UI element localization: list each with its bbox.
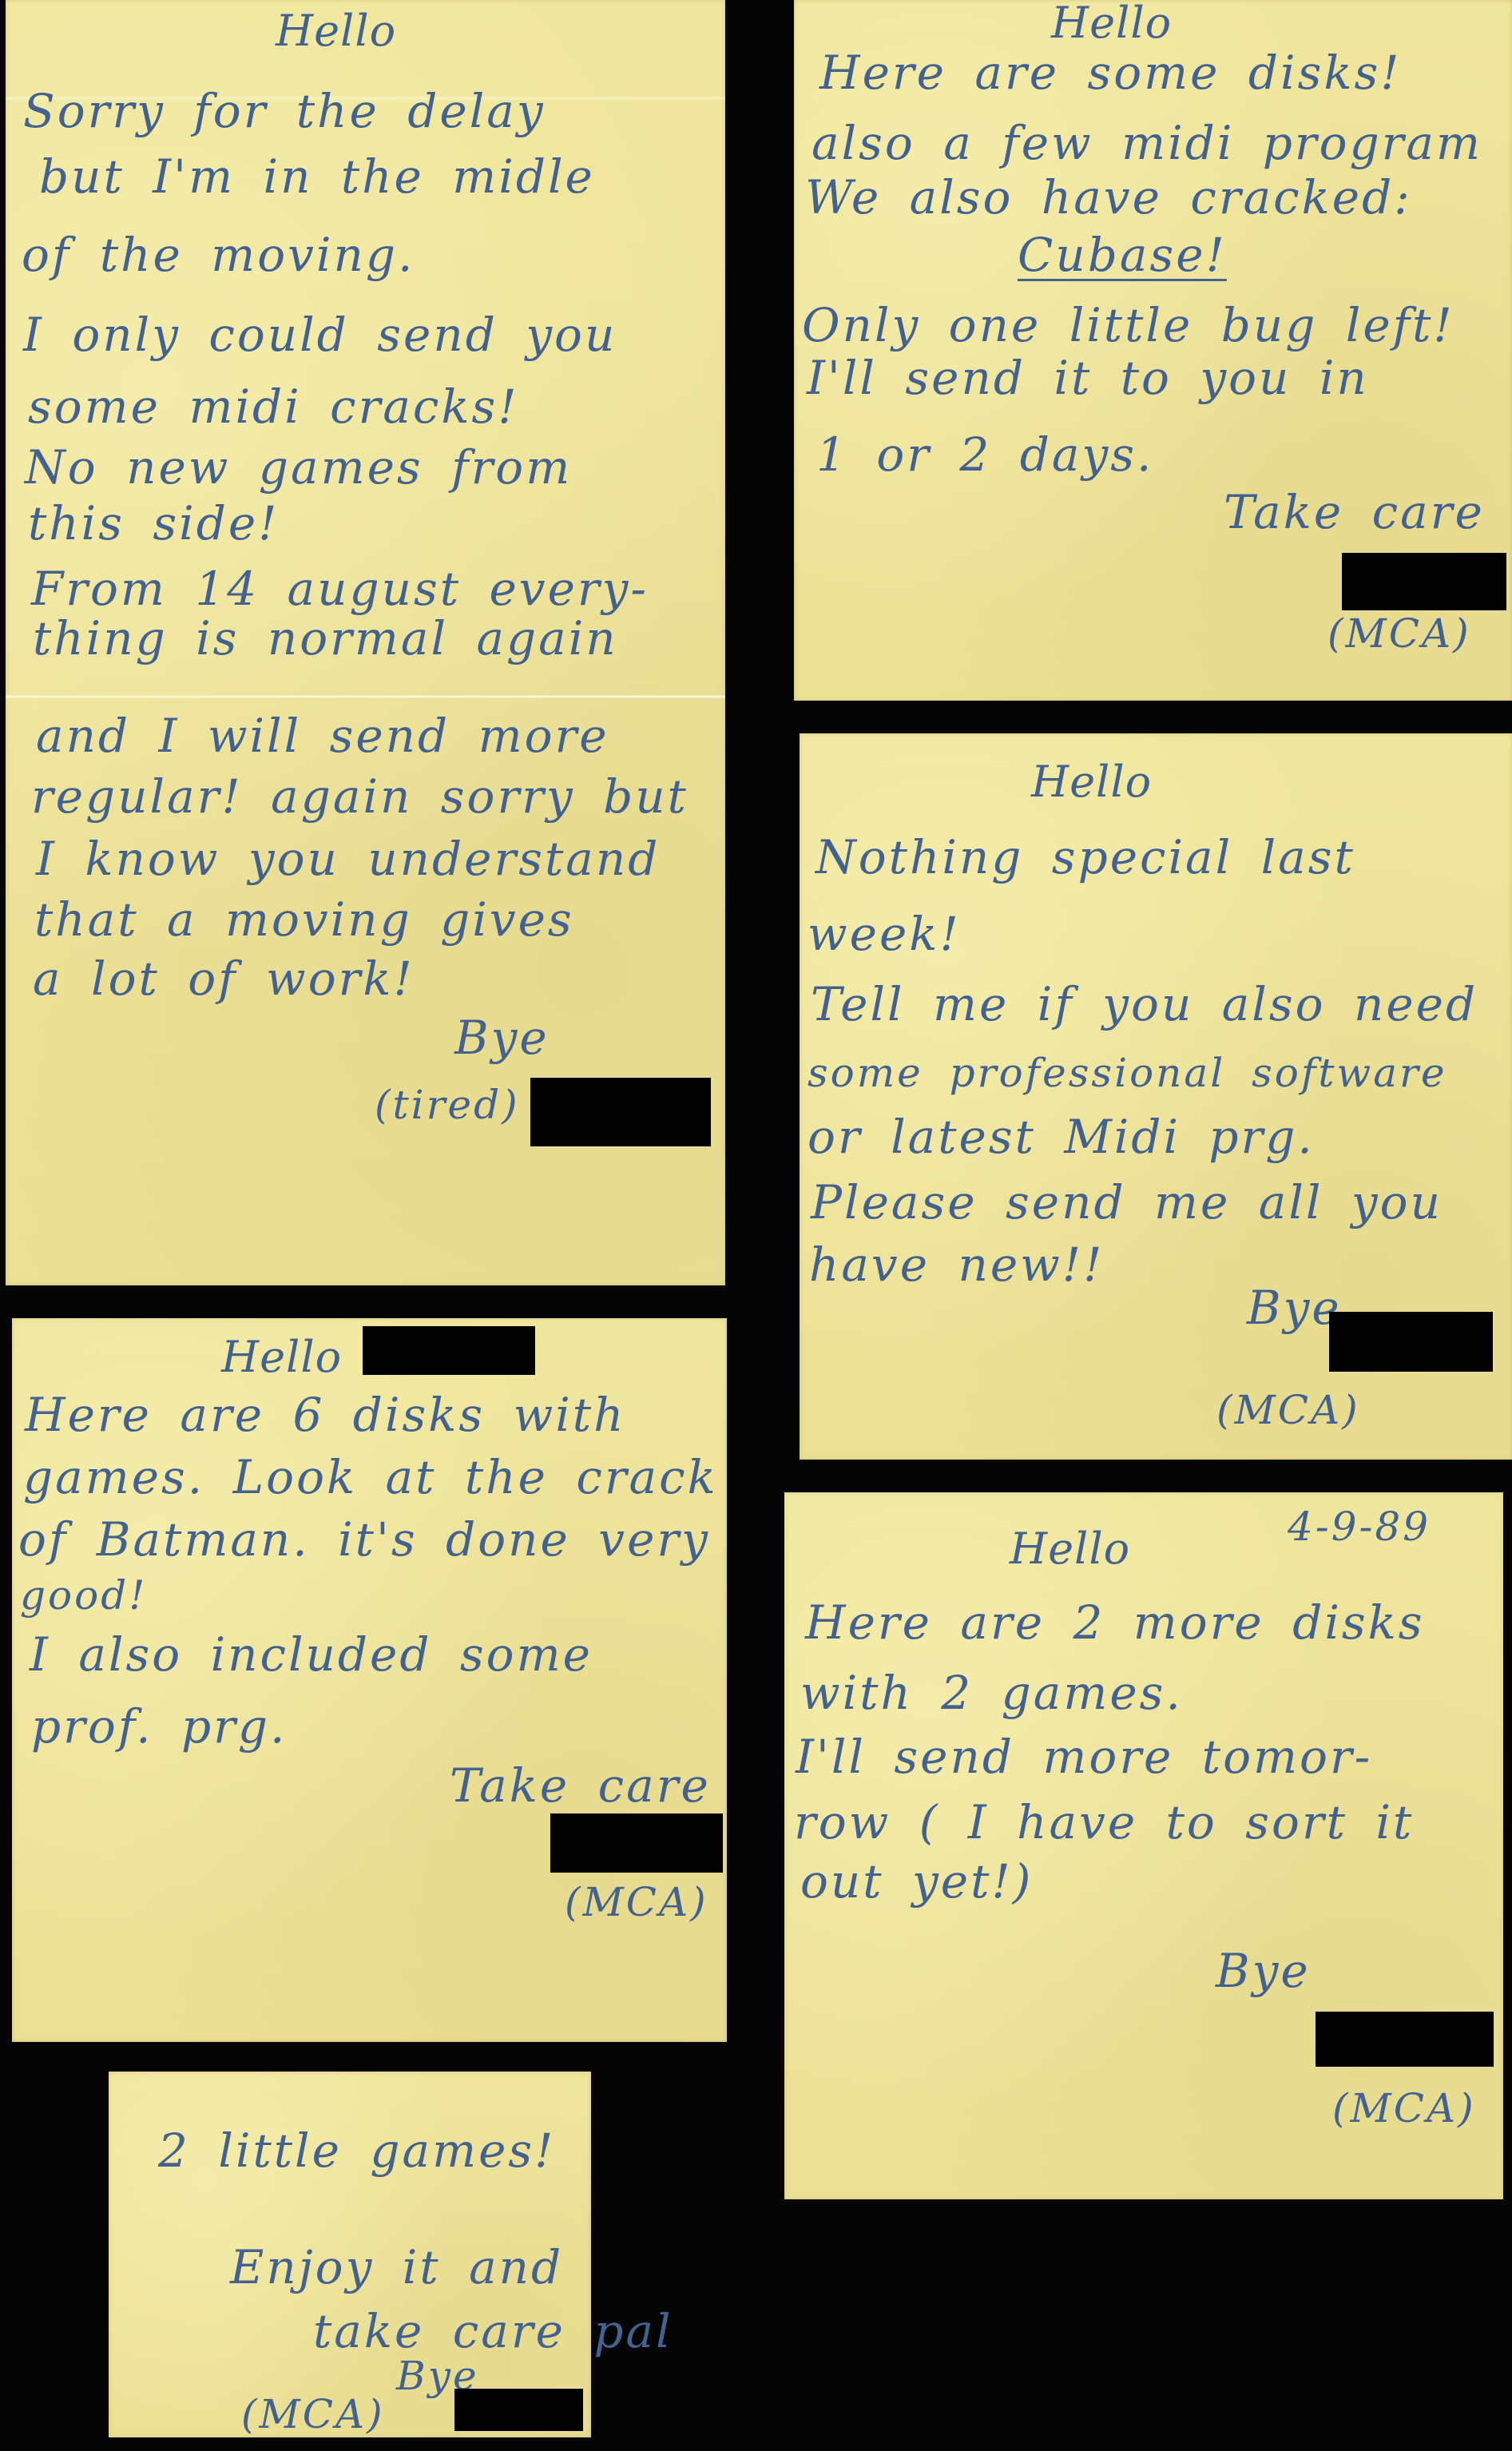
note-date: 4-9-89 <box>1288 1507 1431 1547</box>
note-line: some professional software <box>808 1053 1447 1093</box>
note-signature: (MCA) <box>241 2394 385 2434</box>
note-line: games. Look at the crack <box>23 1454 718 1500</box>
note-line: Please send me all you <box>811 1179 1443 1225</box>
note-line: Tell me if you also need <box>811 981 1478 1027</box>
note-line: Here are some disks! <box>819 50 1402 96</box>
sticky-note-4: Hello Here are 6 disks with games. Look … <box>12 1318 727 2042</box>
note-line: good! <box>20 1575 147 1615</box>
note-line-cubase: Cubase! <box>1018 232 1227 278</box>
note-line: week! <box>808 911 961 957</box>
note-line: and I will send more <box>36 713 609 759</box>
redacted-name-block <box>530 1078 711 1146</box>
note-line: regular! again sorry but <box>31 773 689 820</box>
note-signature: (MCA) <box>1332 2088 1476 2128</box>
note-line: Here are 6 disks with <box>25 1392 625 1438</box>
note-line: that a moving gives <box>34 896 574 943</box>
note-greeting: Hello <box>276 10 396 53</box>
note-line: Only one little bug left! <box>802 302 1454 348</box>
note-closing: Bye <box>1247 1285 1342 1331</box>
note-line: Nothing special last <box>816 834 1355 880</box>
note-line: row ( I have to sort it <box>794 1799 1414 1845</box>
note-line: I also included some <box>30 1631 593 1678</box>
redacted-name-block <box>1329 1312 1493 1372</box>
note-line: this side! <box>28 500 280 546</box>
note-line: prof. prg. <box>31 1703 287 1750</box>
note-signature: (MCA) <box>1216 1390 1360 1430</box>
note-line: out yet!) <box>800 1858 1033 1905</box>
note-greeting: Hello <box>221 1336 342 1379</box>
redacted-name-block <box>1342 553 1506 610</box>
note-signature: (MCA) <box>565 1882 708 1922</box>
note-line: thing is normal again <box>33 615 618 661</box>
note-line: I'll send more tomor- <box>796 1734 1372 1780</box>
note-line: Sorry for the delay <box>23 88 546 134</box>
note-line: take care pal <box>313 2308 673 2354</box>
note-greeting: Hello <box>1031 761 1152 804</box>
redacted-name-block <box>1316 2012 1494 2067</box>
note-line: From 14 august every- <box>31 566 649 612</box>
note-line: have new!! <box>809 1241 1104 1288</box>
note-line: of Batman. it's done very <box>18 1516 710 1563</box>
sticky-note-3: Hello Nothing special last week! Tell me… <box>800 733 1512 1460</box>
note-line: also a few midi program <box>812 120 1482 166</box>
note-line: 2 little games! <box>158 2127 555 2174</box>
sticky-note-1: Hello Sorry for the delay but I'm in the… <box>6 0 725 1285</box>
note-line: Here are 2 more disks <box>805 1599 1425 1646</box>
note-line: but I'm in the midle <box>39 153 595 200</box>
sticky-note-6: 2 little games! Enjoy it and take care p… <box>109 2072 591 2437</box>
note-line: No new games from <box>25 444 572 491</box>
note-line: or latest Midi prg. <box>808 1114 1315 1160</box>
note-line: of the moving. <box>22 232 415 278</box>
note-signature: (tired) <box>375 1085 520 1125</box>
note-line: I'll send it to you in <box>807 355 1369 401</box>
note-closing: Bye <box>1216 1948 1311 1994</box>
note-line: We also have cracked: <box>805 174 1412 220</box>
redacted-name-block <box>363 1326 535 1375</box>
note-closing: Bye <box>454 1015 550 1061</box>
note-signature: (MCA) <box>1327 614 1471 653</box>
sticky-note-2: Hello Here are some disks! also a few mi… <box>794 0 1512 701</box>
sticky-note-5: Hello 4-9-89 Here are 2 more disks with … <box>784 1492 1503 2199</box>
note-closing: Take care <box>450 1762 711 1809</box>
note-line: with 2 games. <box>800 1670 1183 1716</box>
note-line: 1 or 2 days. <box>816 431 1153 478</box>
note-line: Enjoy it and <box>230 2244 563 2290</box>
note-line: some midi cracks! <box>28 383 519 430</box>
note-line: I know you understand <box>36 836 660 882</box>
note-greeting: Hello <box>1051 2 1172 45</box>
note-line: I only could send you <box>23 312 617 358</box>
note-closing: Take care <box>1224 489 1485 535</box>
note-line: a lot of work! <box>33 955 415 1002</box>
paper-fold-line <box>6 695 725 698</box>
note-greeting: Hello <box>1010 1527 1130 1571</box>
redacted-name-block <box>454 2389 583 2431</box>
redacted-name-block <box>550 1813 723 1873</box>
